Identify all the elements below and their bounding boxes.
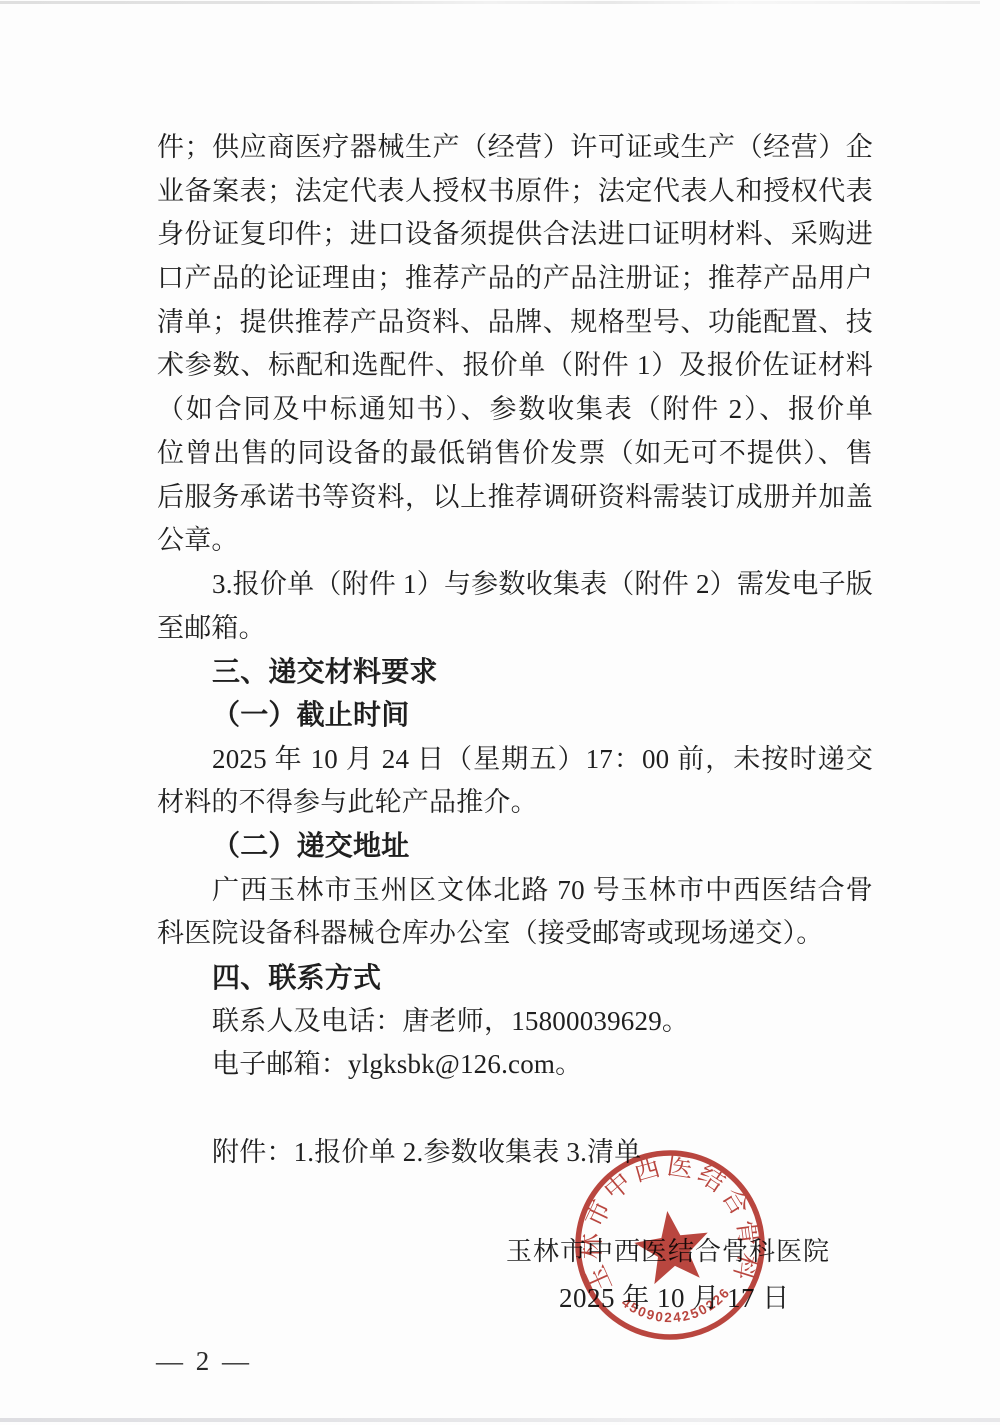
document-body: 件；供应商医疗器械生产（经营）许可证或生产（经营）企 业备案表；法定代表人授权书…: [157, 126, 873, 1175]
document-line: 科医院设备科器械仓库办公室（接受邮寄或现场递交）。: [157, 912, 873, 956]
document-line: 业备案表；法定代表人授权书原件；法定代表人和授权代表: [157, 170, 873, 214]
document-line: 件；供应商医疗器械生产（经营）许可证或生产（经营）企: [157, 126, 873, 170]
subsection-heading-address: （二）递交地址: [157, 825, 873, 869]
document-line: 材料的不得参与此轮产品推介。: [157, 781, 873, 825]
contact-email-line: 电子邮箱：ylgksbk@126.com。: [157, 1043, 873, 1087]
section-heading-3: 三、递交材料要求: [157, 650, 873, 694]
document-line: （如合同及中标通知书）、参数收集表（附件 2）、报价单: [157, 388, 873, 432]
document-line: 口产品的论证理由；推荐产品的产品注册证；推荐产品用户: [157, 257, 873, 301]
document-line: 3.报价单（附件 1）与参数收集表（附件 2）需发电子版: [157, 563, 873, 607]
contact-phone-line: 联系人及电话：唐老师，15800039629。: [157, 1000, 873, 1044]
document-line: 2025 年 10 月 24 日（星期五）17：00 前，未按时递交: [157, 738, 873, 782]
scanned-document-page: 件；供应商医疗器械生产（经营）许可证或生产（经营）企 业备案表；法定代表人授权书…: [0, 0, 1000, 1425]
document-line: 公章。: [157, 519, 873, 563]
document-line: 至邮箱。: [157, 607, 873, 651]
subsection-heading-deadline: （一）截止时间: [157, 694, 873, 738]
page-number: — 2 —: [156, 1346, 252, 1377]
attachments-line: 附件：1.报价单 2.参数收集表 3.清单: [157, 1131, 873, 1175]
scan-artifact-bottom-edge: [0, 1418, 1000, 1422]
document-line: 身份证复印件；进口设备须提供合法进口证明材料、采购进: [157, 213, 873, 257]
document-line: 广西玉林市玉州区文体北路 70 号玉林市中西医结合骨: [157, 869, 873, 913]
document-line: 术参数、标配和选配件、报价单（附件 1）及报价佐证材料: [157, 344, 873, 388]
scan-artifact-top-edge: [0, 1, 980, 4]
document-line: 后服务承诺书等资料，以上推荐调研资料需装订成册并加盖: [157, 476, 873, 520]
document-line: 清单；提供推荐产品资料、品牌、规格型号、功能配置、技: [157, 301, 873, 345]
section-heading-4: 四、联系方式: [157, 956, 873, 1000]
signature-date: 2025 年 10 月 17 日: [559, 1276, 790, 1315]
signature-organization: 玉林市中西医结合骨科医院: [506, 1231, 830, 1268]
document-line: 位曾出售的同设备的最低销售价发票（如无可不提供）、售: [157, 432, 873, 476]
